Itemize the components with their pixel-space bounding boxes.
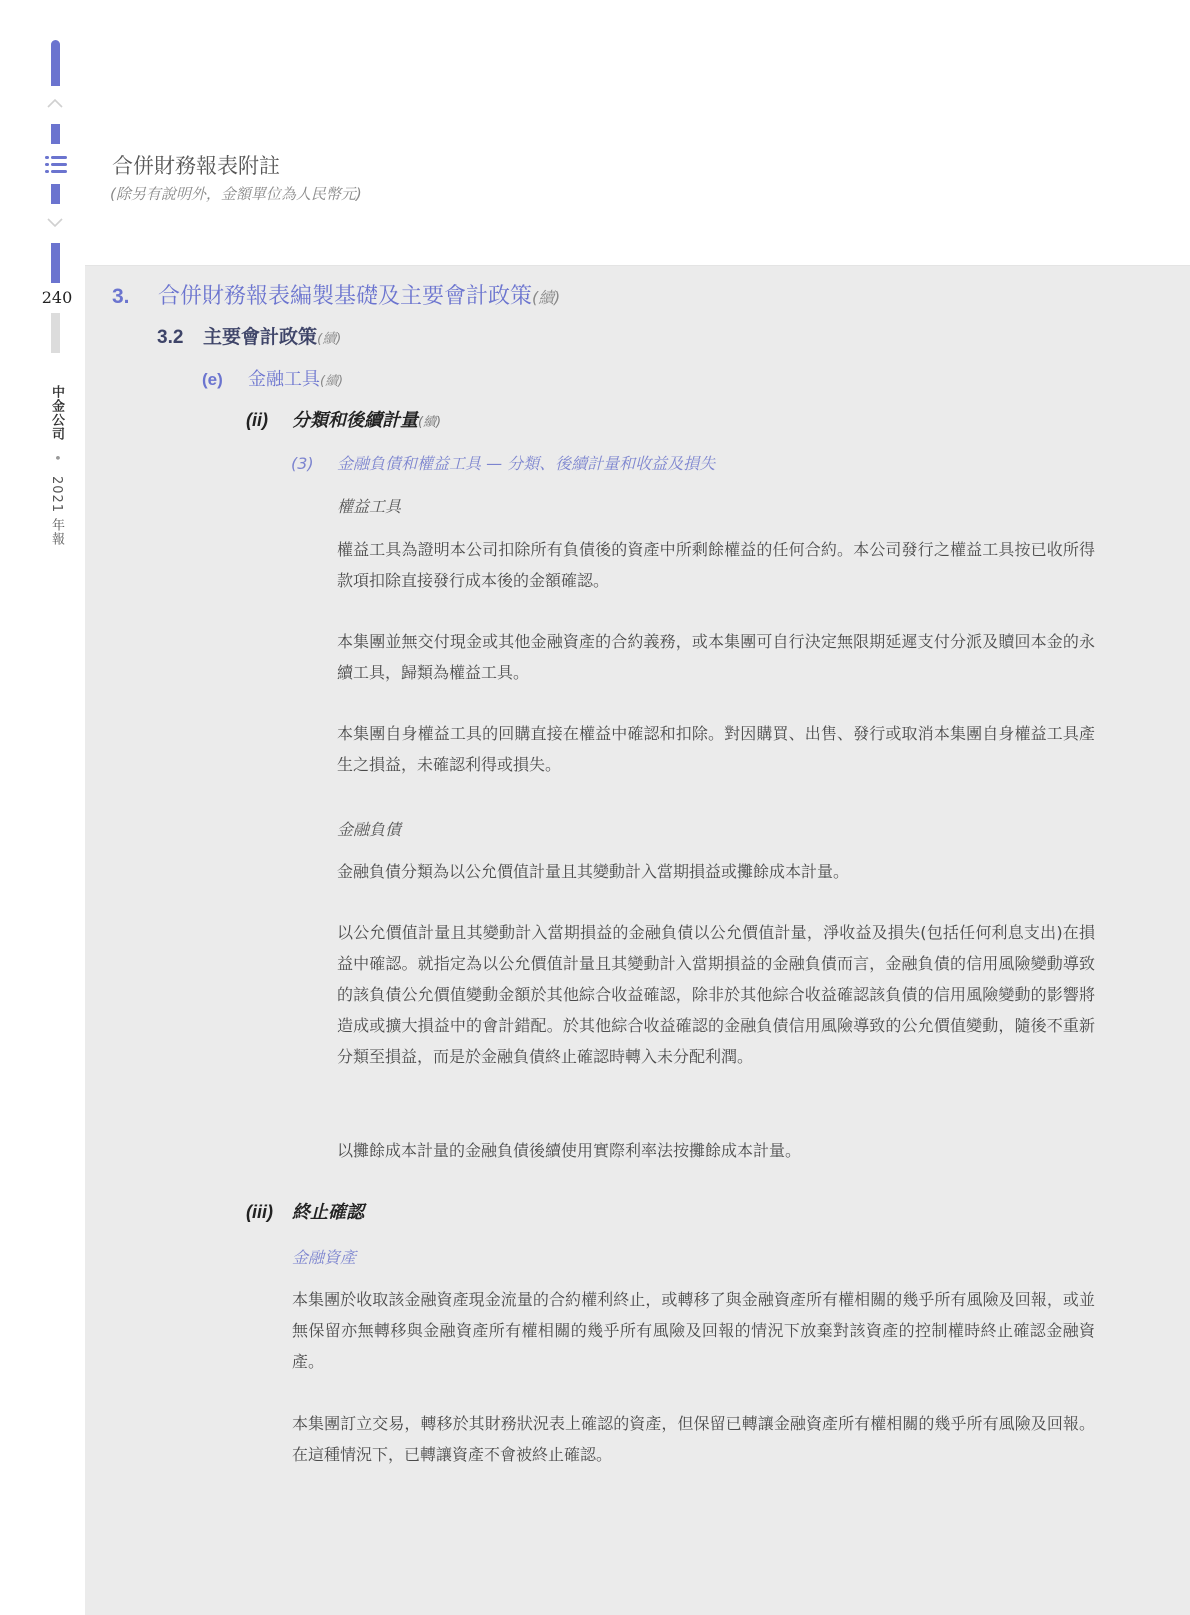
document-title: 合併財務報表附註 (112, 150, 280, 180)
paragraph: 本集團訂立交易，轉移於其財務狀況表上確認的資產，但保留已轉讓金融資產所有權相關的… (292, 1408, 1095, 1470)
menu-list-icon[interactable] (44, 153, 68, 175)
subsection-number: 3.2 (157, 327, 203, 349)
item-number: (3) (291, 454, 337, 473)
equity-label: 權益工具 (337, 494, 401, 517)
paragraph: 本集團於收取該金融資產現金流量的合約權利終止，或轉移了與金融資產所有權相關的幾乎… (292, 1284, 1095, 1377)
paragraph: 本集團自身權益工具的回購直接在權益中確認和扣除。對因購買、出售、發行或取消本集團… (337, 718, 1095, 780)
rail-bar (51, 184, 60, 204)
company-name: 中金公司 (49, 385, 64, 441)
section-heading: 3.合併財務報表編製基礎及主要會計政策(續) (112, 279, 560, 310)
item-number: (ii) (246, 410, 292, 431)
item-title: 終止確認 (292, 1202, 364, 1223)
paragraph: 以攤餘成本計量的金融負債後續使用實際利率法按攤餘成本計量。 (337, 1135, 1095, 1166)
paragraph: 金融負債分類為以公允價值計量且其變動計入當期損益或攤餘成本計量。 (337, 856, 1095, 887)
report-label: 中金公司 • 2021 年報 (47, 385, 66, 546)
separator-dot: • (49, 454, 64, 463)
item-number: (iii) (246, 1202, 292, 1223)
item-number: (e) (202, 370, 248, 390)
page-number: 240 (40, 288, 74, 307)
paragraph: 以公允價值計量且其變動計入當期損益的金融負債以公允價值計量，淨收益及損失(包括任… (337, 917, 1095, 1072)
rail-bar (51, 40, 60, 86)
chevron-down-icon[interactable] (46, 214, 64, 232)
paragraph: 本集團並無交付現金或其他金融資產的合約義務，或本集團可自行決定無限期延遲支付分派… (337, 626, 1095, 688)
document-subtitle: (除另有說明外，金額單位為人民幣元) (110, 183, 362, 204)
continued-label: (續) (532, 288, 560, 307)
item-iii-heading: (iii)終止確認 (246, 1198, 364, 1224)
chevron-up-icon[interactable] (46, 94, 64, 112)
continued-label: (續) (320, 374, 343, 389)
item-ii-heading: (ii)分類和後續計量(續) (246, 406, 441, 432)
continued-label: (續) (317, 331, 341, 347)
rail-bar (51, 243, 60, 283)
item-title: 金融負債和權益工具 — 分類、後續計量和收益及損失 (337, 454, 715, 473)
subsection-heading: 3.2主要會計政策(續) (157, 322, 341, 349)
rail-bar (51, 124, 60, 144)
paragraph: 權益工具為證明本公司扣除所有負債後的資產中所剩餘權益的任何合約。本公司發行之權益… (337, 534, 1095, 596)
item-3-heading: (3)金融負債和權益工具 — 分類、後續計量和收益及損失 (291, 451, 715, 474)
section-title: 合併財務報表編製基礎及主要會計政策 (158, 284, 532, 309)
item-title: 分類和後續計量 (292, 410, 418, 431)
year-label: 2021 年報 (49, 476, 64, 546)
item-title: 金融工具 (248, 369, 320, 390)
continued-label: (續) (418, 415, 441, 430)
section-number: 3. (112, 285, 158, 309)
item-e-heading: (e)金融工具(續) (202, 365, 343, 391)
side-rail: 240 中金公司 • 2021 年報 (0, 0, 85, 1615)
subsection-title: 主要會計政策 (203, 326, 317, 348)
liabilities-label: 金融負債 (337, 817, 401, 840)
rail-bar-inactive (51, 313, 60, 353)
financial-assets-label: 金融資產 (292, 1245, 356, 1268)
